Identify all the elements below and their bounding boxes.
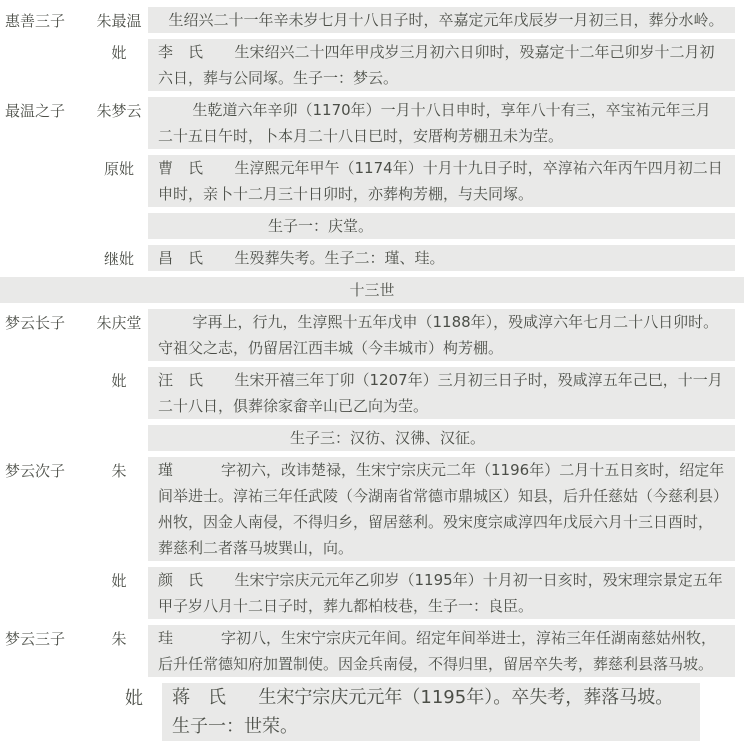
- relation-cell: [0, 155, 90, 157]
- bio-cell: 昌 氏生殁葬失考。生子二：瑾、珪。: [148, 245, 735, 271]
- bio-cell: 珪字初八，生宋宁宗庆元年间。绍定年间举进士，淳祐三年任湖南慈姑州牧，后升任常德知…: [148, 625, 735, 677]
- bio-cell: 生子一：庆堂。: [148, 213, 735, 239]
- person-given-name: 珪: [158, 629, 173, 647]
- relation-cell: [0, 567, 90, 569]
- name-cell: 妣: [106, 683, 162, 711]
- relation-cell: [0, 425, 90, 427]
- genealogy-row-wang-shi: 妣 汪 氏生宋开禧三年丁卯（1207年）三月初三日子时，殁咸淳五年己巳，十一月二…: [0, 367, 744, 419]
- bio-cell: 生乾道六年辛卯（1170年）一月十八日申时，享年八十有三，卒宝祐元年三月二十五日…: [148, 97, 735, 149]
- genealogy-row-li-shi: 妣 李 氏生宋绍兴二十四年甲戌岁三月初六日卯时，殁嘉定十二年己卯岁十二月初六日，…: [0, 39, 744, 91]
- genealogy-row-jin: 梦云次子 朱 瑾字初六，改讳楚禄，生宋宁宗庆元二年（1196年）二月十五日亥时，…: [0, 457, 744, 561]
- genealogy-row-cao-shi: 原妣 曹 氏生淳熙元年甲午（1174年）十月十九日子时，卒淳祐六年丙午四月初二日…: [0, 155, 744, 207]
- name-cell: 妣: [90, 39, 148, 65]
- name-cell: 妣: [90, 567, 148, 593]
- name-cell: 朱: [90, 625, 148, 651]
- genealogy-row-zuiwen: 惠善三子 朱最温 生绍兴二十一年辛未岁七月十八日子时，卒嘉定元年戊辰岁一月初三日…: [0, 7, 744, 33]
- genealogy-row-sons-note: 生子一：庆堂。: [0, 213, 744, 239]
- bio-text: 字初六，改讳楚禄，生宋宁宗庆元二年（1196年）二月十五日亥时，绍定年间举进士。…: [158, 461, 724, 557]
- bio-text: 生宋宁宗庆元元年（1195年）。卒失考，葬落马坡。生子一：世荣。: [172, 687, 673, 737]
- bio-cell: 颜 氏生宋宁宗庆元元年乙卯岁（1195年）十月初一日亥时，殁宋理宗景定五年甲子岁…: [148, 567, 735, 619]
- name-cell: [90, 425, 148, 427]
- relation-cell: [0, 367, 90, 369]
- genealogy-row-chang-shi: 继妣 昌 氏生殁葬失考。生子二：瑾、珪。: [0, 245, 744, 271]
- bio-cell: 汪 氏生宋开禧三年丁卯（1207年）三月初三日子时，殁咸淳五年己巳，十一月二十八…: [148, 367, 735, 419]
- spouse-name: 昌 氏: [158, 249, 203, 267]
- relation-cell: 最温之子: [0, 97, 90, 123]
- genealogy-page: { "section": { "label": "十三世" }, "rows":…: [0, 0, 744, 741]
- relation-cell: 梦云三子: [0, 625, 90, 651]
- relation-cell: 梦云长子: [0, 309, 90, 335]
- name-cell: 朱庆堂: [90, 309, 148, 335]
- spouse-name: 李 氏: [158, 43, 203, 61]
- name-cell: 继妣: [90, 245, 148, 271]
- bio-cell: 生子三：汉彷、汉彿、汉征。: [148, 425, 735, 451]
- relation-cell: 惠善三子: [0, 7, 90, 33]
- genealogy-row-gui: 梦云三子 朱 珪字初八，生宋宁宗庆元年间。绍定年间举进士，淳祐三年任湖南慈姑州牧…: [0, 625, 744, 677]
- name-cell: 朱梦云: [90, 97, 148, 123]
- genealogy-row-yan-shi: 妣 颜 氏生宋宁宗庆元元年乙卯岁（1195年）十月初一日亥时，殁宋理宗景定五年甲…: [0, 567, 744, 619]
- name-cell: 朱: [90, 457, 148, 483]
- name-cell: 原妣: [90, 155, 148, 181]
- bio-cell: 曹 氏生淳熙元年甲午（1174年）十月十九日子时，卒淳祐六年丙午四月初二日申时，…: [148, 155, 735, 207]
- person-given-name: 瑾: [158, 461, 173, 479]
- name-cell: 妣: [90, 367, 148, 393]
- genealogy-row-qingtang: 梦云长子 朱庆堂 字再上，行九，生淳熙十五年戊申（1188年），殁咸淳六年七月二…: [0, 309, 744, 361]
- bio-text: 字初八，生宋宁宗庆元年间。绍定年间举进士，淳祐三年任湖南慈姑州牧，后升任常德知府…: [158, 629, 716, 673]
- genealogy-row-sons-note: 生子三：汉彷、汉彿、汉征。: [0, 425, 744, 451]
- spouse-name: 汪 氏: [158, 371, 203, 389]
- name-cell: 朱最温: [90, 7, 148, 33]
- relation-cell: [0, 683, 106, 685]
- spouse-name: 颜 氏: [158, 571, 203, 589]
- genealogy-row-mengyun: 最温之子 朱梦云 生乾道六年辛卯（1170年）一月十八日申时，享年八十有三，卒宝…: [0, 97, 744, 149]
- spouse-name: 蒋 氏: [172, 687, 226, 708]
- relation-cell: 梦云次子: [0, 457, 90, 483]
- bio-text: 生宋开禧三年丁卯（1207年）三月初三日子时，殁咸淳五年己巳，十一月二十八日，俱…: [158, 371, 723, 415]
- bio-cell: 蒋 氏生宋宁宗庆元元年（1195年）。卒失考，葬落马坡。生子一：世荣。: [162, 683, 700, 741]
- bio-text: 生宋绍兴二十四年甲戌岁三月初六日卯时，殁嘉定十二年己卯岁十二月初六日，葬与公同塚…: [158, 43, 715, 87]
- bio-cell: 生绍兴二十一年辛未岁七月十八日子时，卒嘉定元年戊辰岁一月初三日，葬分水岭。: [148, 7, 735, 33]
- spouse-name: 曹 氏: [158, 159, 203, 177]
- relation-cell: [0, 245, 90, 247]
- bio-text: 生宋宁宗庆元元年乙卯岁（1195年）十月初一日亥时，殁宋理宗景定五年甲子岁八月十…: [158, 571, 723, 615]
- bio-cell: 瑾字初六，改讳楚禄，生宋宁宗庆元二年（1196年）二月十五日亥时，绍定年间举进士…: [148, 457, 735, 561]
- name-cell: [90, 213, 148, 215]
- bio-text: 生淳熙元年甲午（1174年）十月十九日子时，卒淳祐六年丙午四月初二日申时，亲卜十…: [158, 159, 723, 203]
- relation-cell: [0, 39, 90, 41]
- generation-heading: 十三世: [0, 277, 744, 303]
- bio-text: 生殁葬失考。生子二：瑾、珪。: [235, 249, 445, 267]
- genealogy-row-jiang-shi: 妣 蒋 氏生宋宁宗庆元元年（1195年）。卒失考，葬落马坡。生子一：世荣。: [0, 683, 744, 741]
- relation-cell: [0, 213, 90, 215]
- bio-cell: 字再上，行九，生淳熙十五年戊申（1188年），殁咸淳六年七月二十八日卯时。守祖父…: [148, 309, 735, 361]
- bio-cell: 李 氏生宋绍兴二十四年甲戌岁三月初六日卯时，殁嘉定十二年己卯岁十二月初六日，葬与…: [148, 39, 735, 91]
